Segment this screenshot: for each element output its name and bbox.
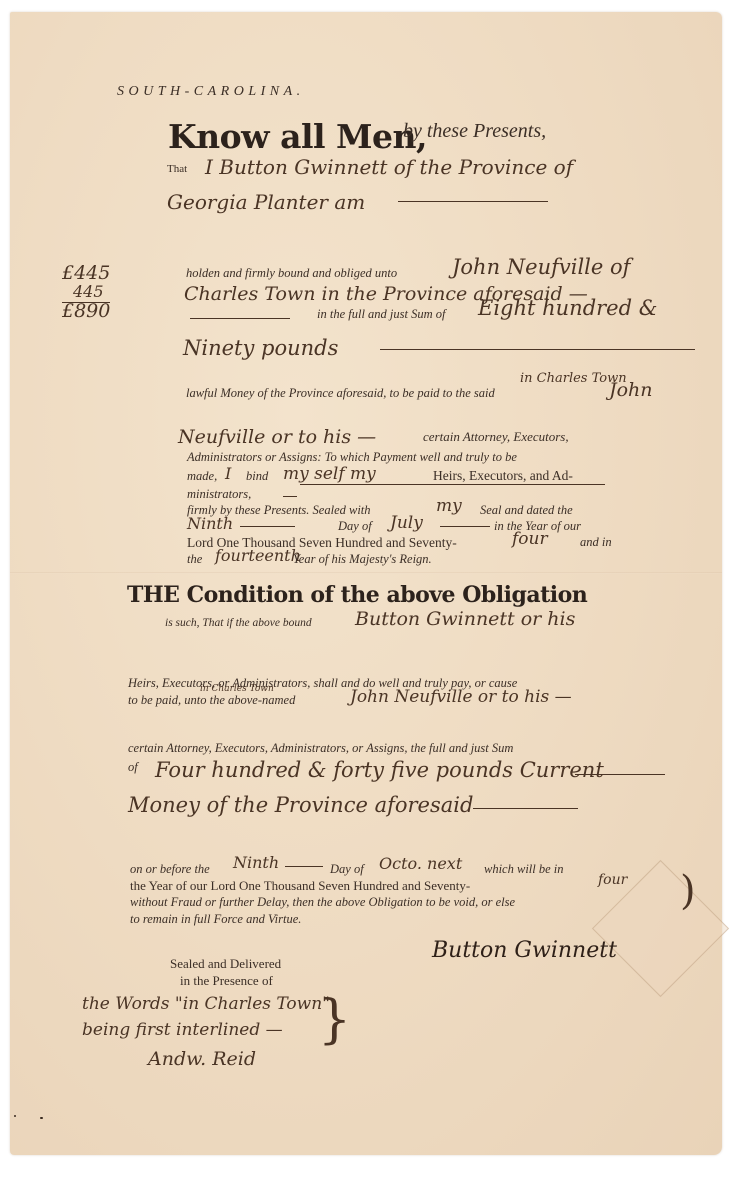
body-text: Year of his Majesty's Reign. [293, 552, 432, 567]
body-text: bind [246, 469, 268, 484]
body-text: That [167, 163, 187, 175]
body-text: certain Attorney, Executors, [423, 429, 569, 445]
handwritten-text: Eight hundred & [478, 296, 657, 320]
condition-heading: THE Condition of the above Obligation [127, 582, 587, 608]
witness-label: Sealed and Delivered [170, 956, 281, 972]
handwritten-text: four [512, 529, 548, 549]
brace-mark: } [318, 990, 351, 1050]
handwritten-text: my [436, 496, 462, 516]
handwritten-text: John Neufville of [452, 255, 630, 279]
province-heading: SOUTH-CAROLINA. [117, 84, 305, 100]
title-blackletter: Know all Men, [168, 117, 427, 156]
fold-crease [10, 572, 722, 574]
handwritten-text: Ninety pounds [183, 336, 338, 360]
body-text: Seal and dated the [480, 503, 573, 518]
handwritten-text: Neufville or to his — [178, 426, 376, 448]
handwritten-text: Four hundred & forty five pounds Current [155, 758, 604, 782]
handwritten-text: John [609, 379, 653, 401]
handwritten-text: my self my [283, 464, 376, 484]
witness-note: being first interlined — [82, 1020, 283, 1040]
body-text: without Fraud or further Delay, then the… [130, 895, 515, 910]
fill-line [440, 526, 490, 527]
ink-speck [14, 1115, 16, 1117]
fill-line [285, 866, 323, 867]
handwritten-text: I Button Gwinnett of the Province of [205, 155, 573, 179]
fill-line [575, 774, 665, 775]
body-text: of [128, 760, 138, 775]
handwritten-text: John Neufville or to his — [350, 687, 572, 707]
ink-speck [40, 1117, 43, 1119]
fill-line [398, 201, 548, 202]
fill-line [473, 808, 578, 809]
signature: Button Gwinnett [432, 938, 617, 963]
handwritten-text: four [598, 872, 627, 888]
body-text: Day of [338, 519, 372, 534]
body-text: the [187, 552, 202, 567]
body-text: which will be in [484, 862, 564, 877]
handwritten-text: Ninth [187, 514, 233, 533]
handwritten-text: Georgia Planter am [167, 190, 365, 214]
fill-line [300, 484, 605, 485]
witness-signature: Andw. Reid [148, 1048, 256, 1070]
handwritten-text: Octo. next [379, 854, 462, 873]
body-text: is such, That if the above bound [165, 617, 312, 629]
fill-line [380, 349, 695, 350]
body-text: on or before the [130, 862, 210, 877]
body-text: the Year of our Lord One Thousand Seven … [130, 878, 470, 894]
body-text: ministrators, [187, 487, 251, 502]
handwritten-text: I [225, 464, 231, 483]
witness-label: in the Presence of [180, 973, 273, 989]
handwritten-text: July [390, 513, 423, 533]
margin-note: £445 [62, 262, 110, 284]
body-text: and in [580, 535, 612, 550]
title-italic: by these Presents, [403, 120, 546, 143]
body-text: Day of [330, 862, 364, 877]
body-text: made, [187, 469, 217, 484]
fill-line [283, 496, 297, 497]
witness-note: the Words "in Charles Town" [82, 994, 330, 1014]
body-text: certain Attorney, Executors, Administrat… [128, 741, 513, 756]
body-text: holden and firmly bound and obliged unto [186, 266, 397, 281]
body-text: in the full and just Sum of [317, 307, 445, 322]
margin-note: £890 [62, 300, 110, 322]
body-text: to be paid, unto the above-named [128, 693, 295, 708]
handwritten-text: fourteenth [215, 546, 301, 565]
bracket-mark: ) [680, 868, 696, 914]
fill-line [190, 318, 290, 319]
body-text: to remain in full Force and Virtue. [130, 912, 301, 927]
handwritten-text: Money of the Province aforesaid [128, 793, 473, 817]
fill-line [240, 526, 295, 527]
margin-note: 445 [73, 282, 104, 301]
body-text: lawful Money of the Province aforesaid, … [186, 386, 495, 401]
body-text: Heirs, Executors, and Ad- [433, 468, 573, 484]
handwritten-text: Button Gwinnett or his [355, 608, 575, 630]
body-text: Administrators or Assigns: To which Paym… [187, 450, 517, 465]
handwritten-text: Ninth [233, 853, 279, 872]
